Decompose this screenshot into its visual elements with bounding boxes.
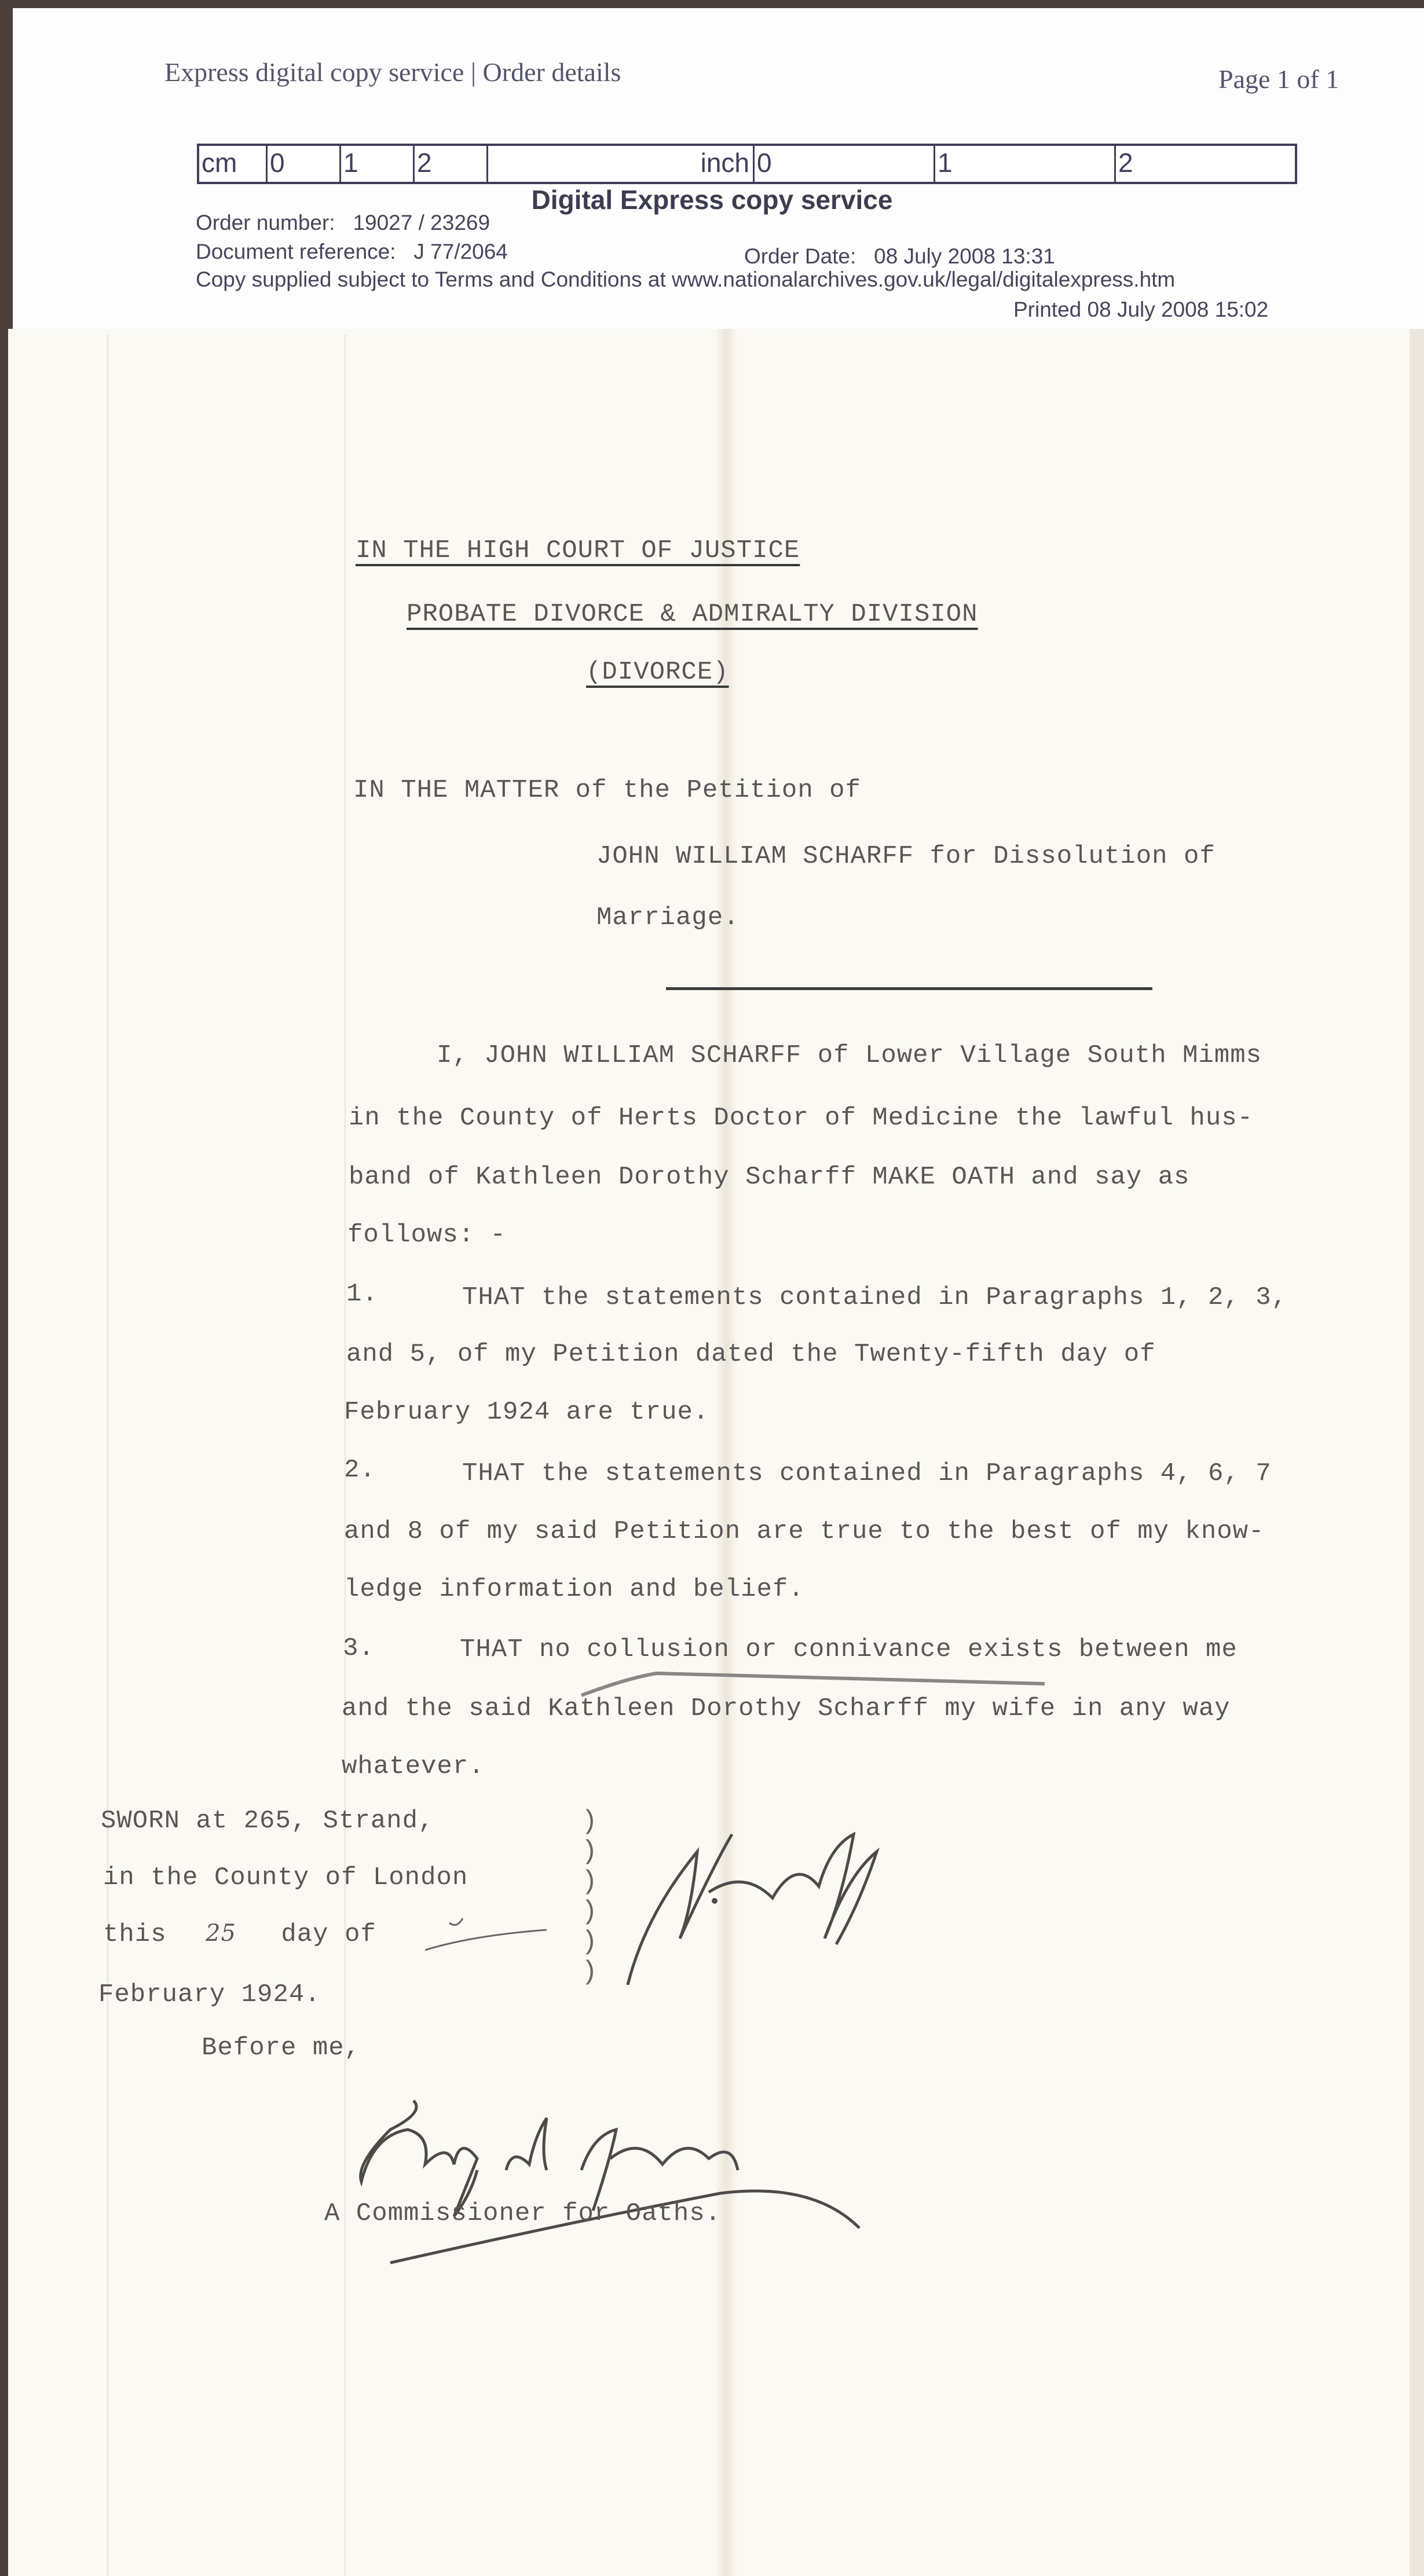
order-date-row: Order Date: 08 July 2008 13:31 [744, 244, 1055, 269]
jurat-suffix: day of [281, 1920, 376, 1949]
deponent-signature [610, 1800, 911, 1996]
court-heading: IN THE HIGH COURT OF JUSTICE [356, 536, 800, 565]
printed-date: Printed 08 July 2008 15:02 [1013, 298, 1268, 322]
paragraph-number: 1. [346, 1280, 378, 1309]
jurat-line: SWORN at 265, Strand, [101, 1807, 434, 1835]
handwritten-dash [413, 1912, 558, 1959]
paragraph-line: THAT no collusion or connivance exists b… [460, 1635, 1238, 1664]
document-reference: J 77/2064 [413, 240, 508, 263]
paragraph-line: whatever. [342, 1752, 485, 1781]
scale-ruler: cm 0 1 2 inch 0 1 2 [197, 144, 1297, 184]
matter-line: JOHN WILLIAM SCHARFF for Dissolution of [596, 842, 1216, 871]
paragraph-line: and 5, of my Petition dated the Twenty-f… [346, 1340, 1156, 1369]
ruler-inch-tick: 1 [935, 146, 1116, 182]
commissioner-label: A Commissioner for Oaths. [324, 2199, 721, 2228]
body-line: I, JOHN WILLIAM SCHARFF of Lower Village… [437, 1041, 1262, 1070]
paragraph-line: THAT the statements contained in Paragra… [462, 1459, 1272, 1488]
jurat-line: in the County of London [103, 1863, 468, 1892]
paragraph-line: THAT the statements contained in Paragra… [462, 1283, 1287, 1312]
ruler-inch-tick: 0 [755, 146, 935, 182]
margin-line [107, 335, 108, 2576]
page-indicator: Page 1 of 1 [1218, 64, 1339, 94]
before-me: Before me, [202, 2033, 360, 2062]
ruler-inch-label: inch [488, 146, 755, 182]
document-reference-row: Document reference: J 77/2064 [196, 240, 508, 264]
ruler-cm-tick: 1 [341, 146, 415, 182]
jurat-line: February 1924. [98, 1980, 321, 2009]
division-heading: PROBATE DIVORCE & ADMIRALTY DIVISION [407, 600, 978, 629]
separator-rule [666, 987, 1152, 990]
document-reference-label: Document reference: [196, 240, 396, 263]
ruler-cm-label: cm [199, 146, 268, 182]
commissioner-signature [338, 2077, 952, 2269]
document-page: IN THE HIGH COURT OF JUSTICE PROBATE DIV… [8, 329, 1424, 2576]
handwritten-day: 25 [206, 1920, 236, 1947]
ruler-cm-tick: 0 [268, 146, 341, 182]
paragraph-line: ledge information and belief. [344, 1575, 804, 1604]
order-number-label: Order number: [196, 211, 335, 234]
order-date: 08 July 2008 13:31 [874, 244, 1055, 268]
order-date-label: Order Date: [744, 244, 856, 268]
matter-line: Marriage. [596, 903, 740, 932]
jurat-line: this 25 day of [103, 1920, 376, 1949]
paragraph-line: and 8 of my said Petition are true to th… [344, 1517, 1264, 1546]
terms-link[interactable]: Copy supplied subject to Terms and Condi… [196, 268, 1175, 292]
pencil-underline [564, 1661, 1085, 1707]
matter-line: IN THE MATTER of the Petition of [353, 776, 861, 805]
ruler-cm-tick: 2 [415, 146, 488, 182]
order-number: 19027 / 23269 [353, 211, 490, 234]
body-line: follows: - [347, 1221, 506, 1249]
divorce-heading: (DIVORCE) [586, 658, 729, 687]
jurat-prefix: this [103, 1920, 167, 1949]
bracket: )))))) [581, 1807, 598, 1987]
paragraph-number: 3. [343, 1634, 375, 1663]
ruler-inch-tick: 2 [1116, 146, 1290, 182]
order-number-row: Order number: 19027 / 23269 [196, 211, 490, 235]
body-line: in the County of Herts Doctor of Medicin… [349, 1104, 1253, 1133]
header-title: Express digital copy service | Order det… [164, 57, 621, 87]
paragraph-line: February 1924 are true. [344, 1398, 709, 1427]
paragraph-number: 2. [344, 1456, 376, 1485]
body-line: band of Kathleen Dorothy Scharff MAKE OA… [349, 1163, 1189, 1192]
